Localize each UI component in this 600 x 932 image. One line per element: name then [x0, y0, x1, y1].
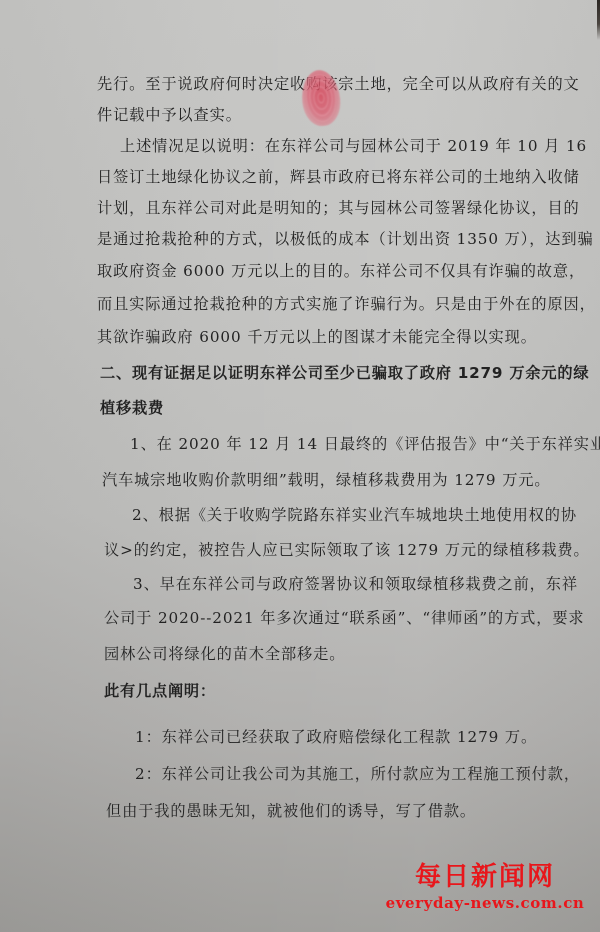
document-text-line: 汽车城宗地收购价款明细”载明，绿植移栽费用为 1279 万元。	[102, 470, 550, 490]
watermark: 每日新闻网 everyday-news.com.cn	[380, 862, 590, 912]
document-text-line: 取政府资金 6000 万元以上的目的。东祥公司不仅具有诈骗的故意，	[97, 261, 585, 281]
document-text-line: 上述情况足以说明：在东祥公司与园林公司于 2019 年 10 月 16	[120, 136, 587, 156]
watermark-title: 每日新闻网	[380, 862, 590, 892]
document-text-line: 而且实际通过抢栽抢种的方式实施了诈骗行为。只是由于外在的原因，	[97, 294, 596, 314]
document-text-line: 公司于 2020--2021 年多次通过“联系函”、“律师函”的方式，要求	[104, 608, 585, 628]
document-text-line: 件记载中予以查实。	[97, 105, 242, 125]
section-heading-line: 植移栽费	[100, 398, 164, 418]
document-text-line: 2：东祥公司让我公司为其施工，所付款应为工程施工预付款，	[135, 764, 580, 784]
document-text-line: 日签订土地绿化协议之前，辉县市政府已将东祥公司的土地纳入收储	[97, 167, 580, 187]
document-text-line: 1：东祥公司已经获取了政府赔偿绿化工程款 1279 万。	[135, 727, 537, 747]
document-text-line: 其欲诈骗政府 6000 千万元以上的图谋才未能完全得以实现。	[97, 327, 537, 347]
document-text-line: 2、根据《关于收购学院路东祥实业汽车城地块土地使用权的协	[132, 505, 577, 525]
document-text-line: 1、在 2020 年 12 月 14 日最终的《评估报告》中“关于东祥实业	[130, 434, 600, 454]
section-heading-line: 此有几点阐明：	[104, 681, 216, 701]
document-text-line: 园林公司将绿化的苗木全部移走。	[104, 644, 345, 664]
section-heading-line: 二、现有证据足以证明东祥公司至少已骗取了政府 1279 万余元的绿	[100, 363, 589, 383]
document-text-line: 议>的约定，被控告人应已实际领取了该 1279 万元的绿植移栽费。	[104, 540, 590, 560]
document-text-line: 计划，且东祥公司对此是明知的；其与园林公司签署绿化协议，目的	[97, 198, 580, 218]
document-text-line: 是通过抢栽抢种的方式，以极低的成本（计划出资 1350 万），达到骗	[97, 229, 594, 249]
watermark-url: everyday-news.com.cn	[380, 894, 590, 912]
document-text-line: 但由于我的愚昧无知，就被他们的诱导，写了借款。	[106, 801, 476, 821]
document-text-line: 3、早在东祥公司与政府签署协议和领取绿植移栽费之前，东祥	[133, 574, 578, 594]
